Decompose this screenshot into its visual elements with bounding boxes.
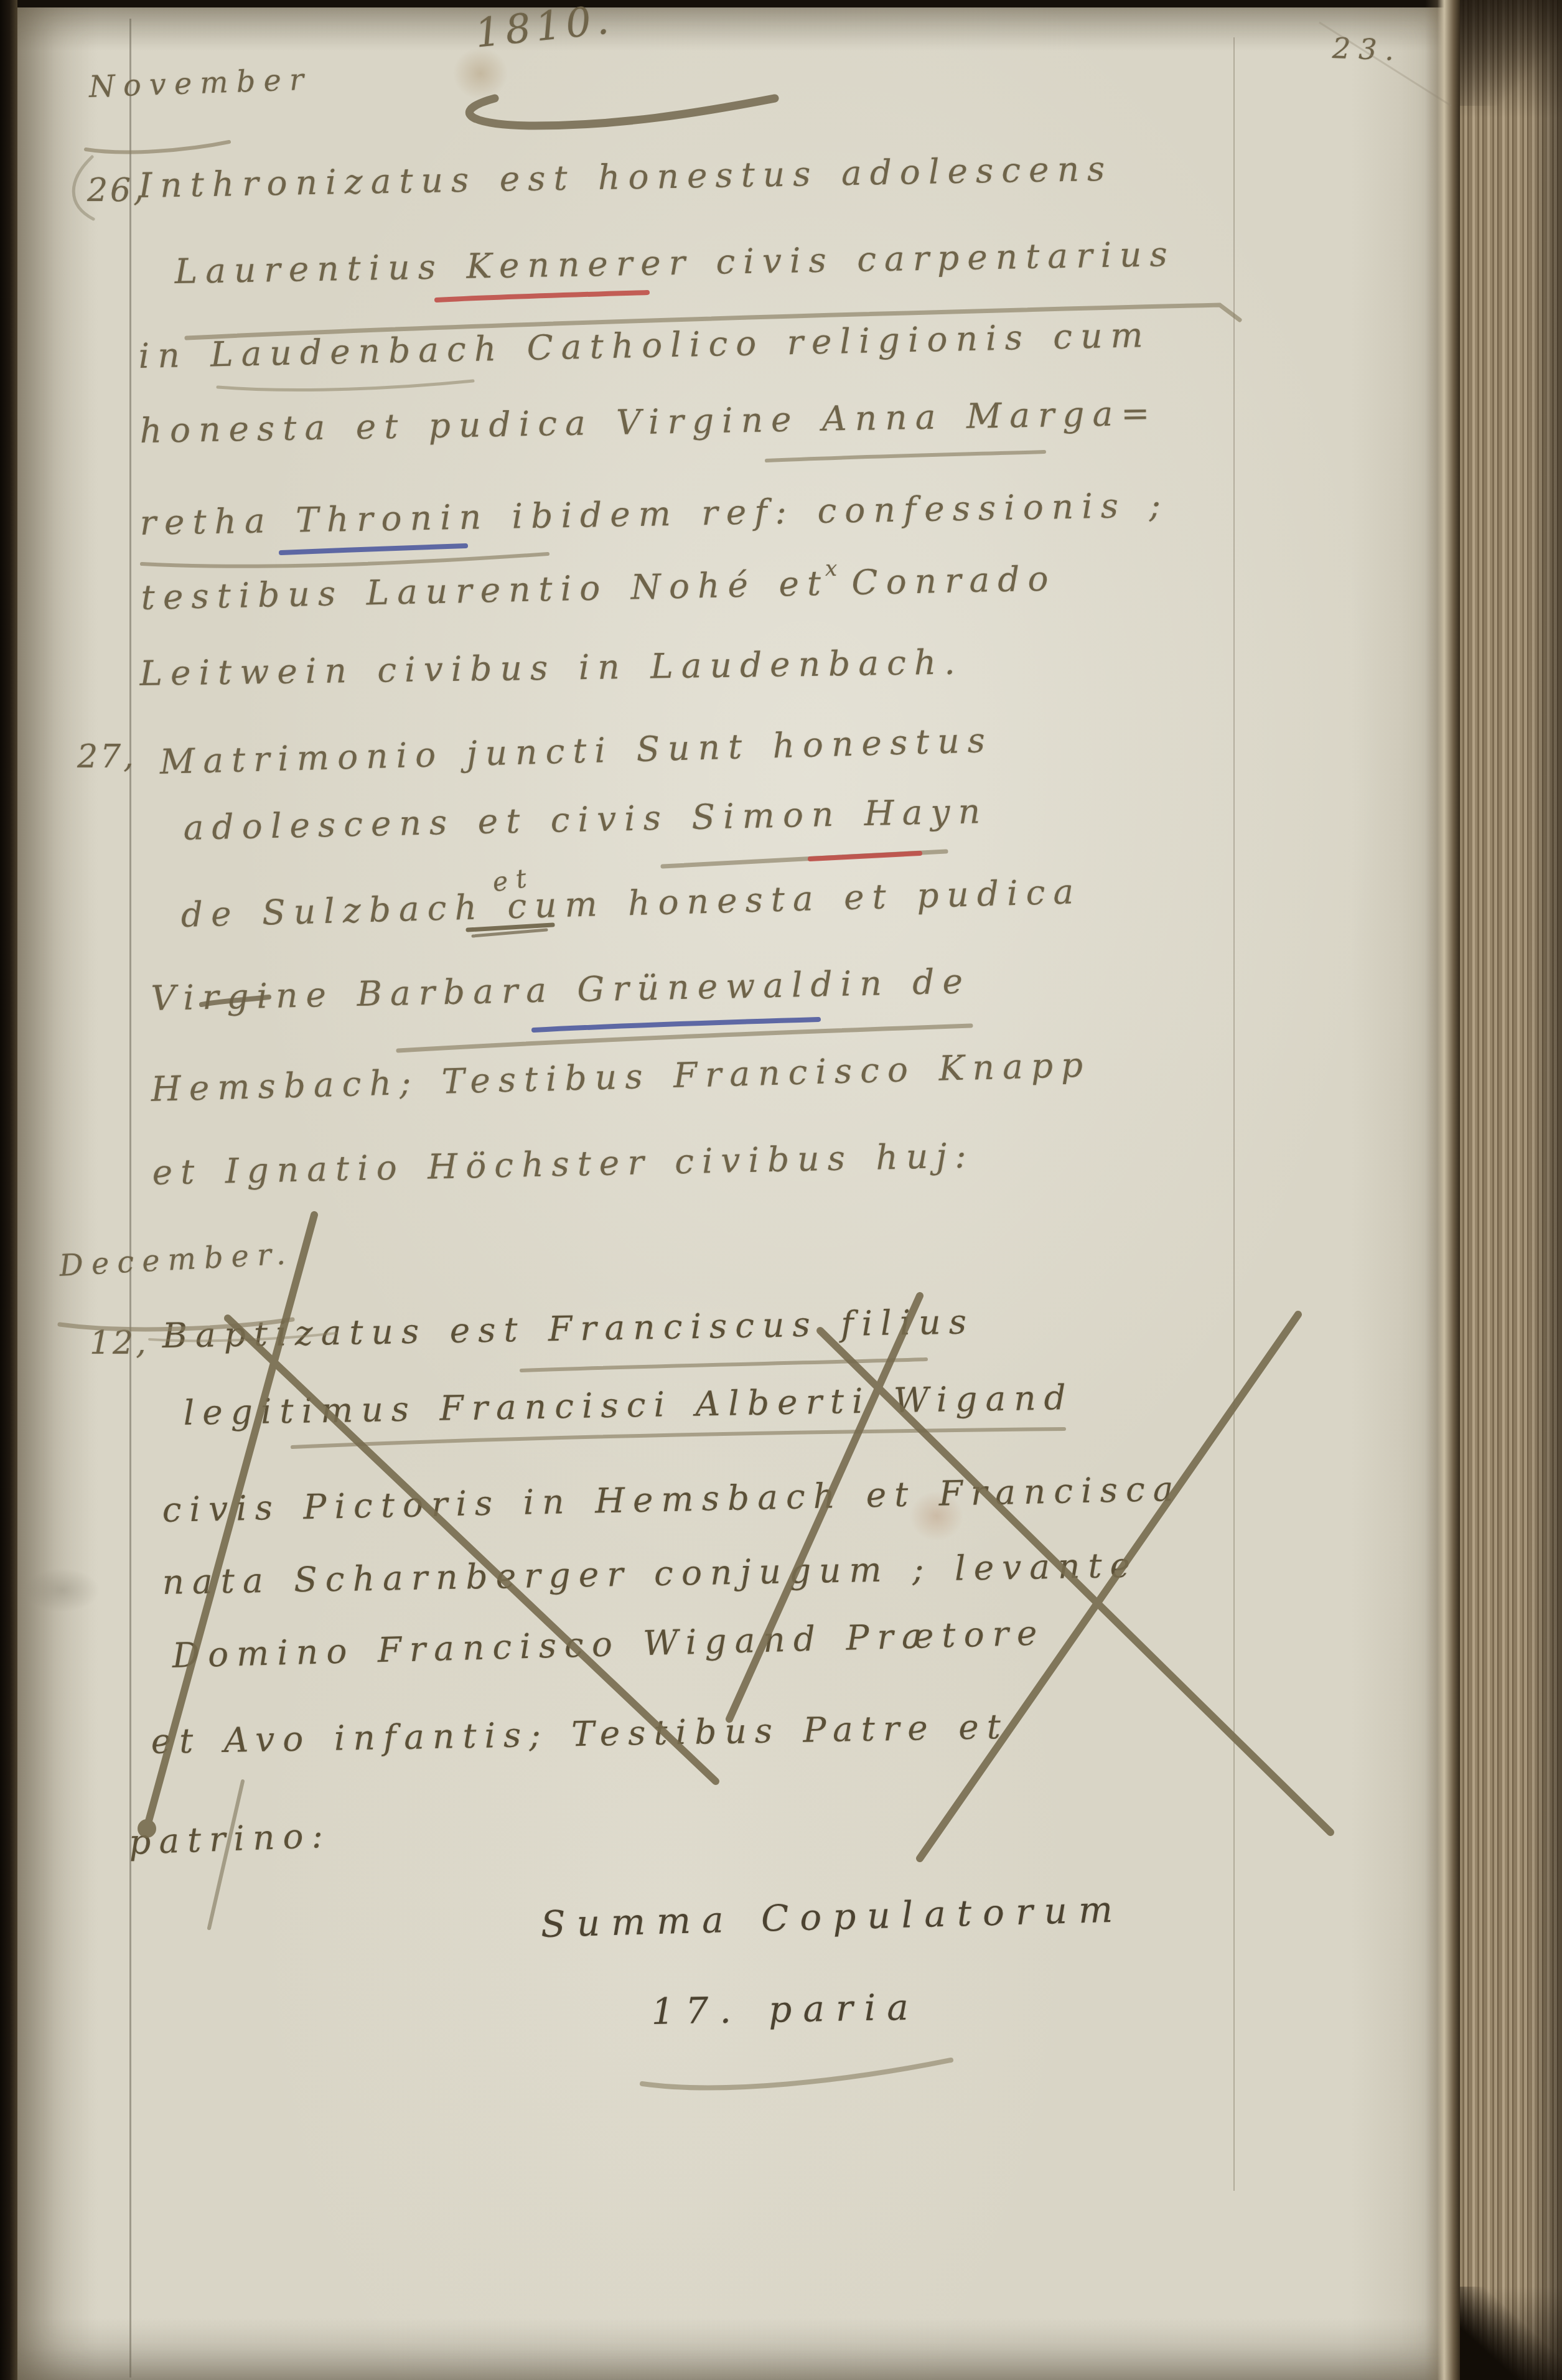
ink-marks — [73, 98, 775, 1005]
paria-flourish — [642, 2060, 951, 2087]
hayn-red-underline — [810, 853, 920, 859]
november-underline — [86, 142, 229, 152]
anna-marga-underline — [767, 452, 1044, 461]
page-crease — [1319, 22, 1451, 106]
scanned-register-page: 1810. 23. November 26, Inthronizatus est… — [0, 0, 1562, 2380]
line-26-2-underline — [187, 305, 1240, 338]
laudenbach-underline — [218, 381, 473, 390]
red-underlines — [437, 293, 920, 859]
december-underline — [60, 1319, 292, 1329]
thronin-pencil-line — [142, 554, 548, 566]
year-flourish — [469, 98, 775, 126]
wigand-underline — [292, 1429, 1064, 1447]
kennerer-red-underline — [437, 293, 647, 300]
blue-underlines — [281, 546, 818, 1030]
grunewaldin-pencil-line — [398, 1026, 971, 1051]
margin-curve-mark — [73, 157, 93, 219]
pencil-underlines — [60, 142, 1240, 2087]
handwritten-marks-overlay — [0, 0, 1562, 2380]
franciscus-underline — [521, 1359, 926, 1370]
cross-out-strokes — [138, 1215, 1331, 1928]
virgine-scribble — [202, 997, 269, 1005]
grunewaldin-blue-underline — [534, 1019, 818, 1030]
thronin-blue-underline — [281, 546, 465, 553]
